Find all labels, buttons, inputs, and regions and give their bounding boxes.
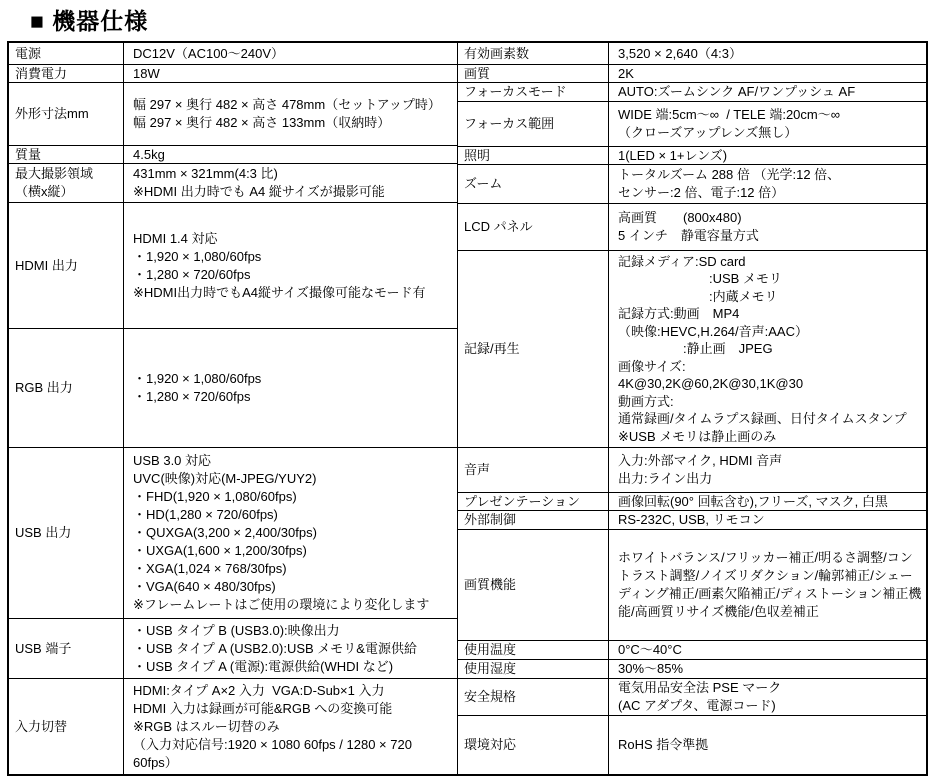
spec-label-hdmi-output: HDMI 出力	[9, 203, 123, 328]
spec-value-power-consumption: 18W	[124, 65, 457, 82]
spec-value-zoom: トータルズーム 288 倍 （光学:12 倍、 センサー:2 倍、電子:12 倍…	[609, 165, 926, 203]
spec-value-rgb-output: ・1,920 × 1,080/60fps ・1,280 × 720/60fps	[124, 329, 457, 447]
spec-label-max-shooting-area: 最大撮影領域 （横x縦）	[9, 164, 123, 202]
spec-value-power: DC12V（AC100～240V）	[124, 43, 457, 64]
spec-label-power: 電源	[9, 43, 123, 64]
spec-value-image-quality: 2K	[609, 65, 926, 82]
spec-value-record-playback: 記録メディア:SD card :USB メモリ :内蔵メモリ 記録方式:動画 M…	[609, 251, 926, 447]
spec-label-illumination: 照明	[458, 147, 608, 164]
spec-value-usb-output: USB 3.0 対応 UVC(映像)対応(M-JPEG/YUY2) ・FHD(1…	[124, 448, 457, 618]
spec-label-image-functions: 画質機能	[458, 530, 608, 640]
spec-label-record-playback: 記録/再生	[458, 251, 608, 447]
spec-table-right: 有効画素数 3,520 × 2,640（4:3） 画質 2K フォーカスモード …	[457, 41, 928, 776]
page-title: ■ 機器仕様	[30, 3, 148, 36]
spec-value-safety-standard: 電気用品安全法 PSE マーク (AC アダプタ、電源コード)	[609, 679, 926, 715]
spec-value-max-shooting-area: 431mm × 321mm(4:3 比) ※HDMI 出力時でも A4 縦サイズ…	[124, 164, 457, 202]
spec-label-lcd-panel: LCD パネル	[458, 204, 608, 250]
spec-label-focus-mode: フォーカスモード	[458, 83, 608, 101]
spec-value-effective-pixels: 3,520 × 2,640（4:3）	[609, 43, 926, 64]
spec-value-audio: 入力:外部マイク, HDMI 音声 出力:ライン出力	[609, 448, 926, 492]
spec-value-presentation: 画像回転(90° 回転含む),フリーズ, マスク, 白黒	[609, 493, 926, 510]
spec-label-zoom: ズーム	[458, 165, 608, 203]
spec-label-usb-ports: USB 端子	[9, 619, 123, 678]
spec-tables: 電源 DC12V（AC100～240V） 消費電力 18W 外形寸法mm 幅 2…	[7, 41, 928, 776]
spec-value-operating-temperature: 0°C～40°C	[609, 641, 926, 659]
spec-label-dimensions: 外形寸法mm	[9, 83, 123, 145]
spec-label-operating-humidity: 使用湿度	[458, 660, 608, 678]
spec-label-rgb-output: RGB 出力	[9, 329, 123, 447]
spec-value-usb-ports: ・USB タイプ B (USB3.0):映像出力 ・USB タイプ A (USB…	[124, 619, 457, 678]
spec-value-external-control: RS-232C, USB, リモコン	[609, 511, 926, 529]
spec-label-power-consumption: 消費電力	[9, 65, 123, 82]
spec-value-environment: RoHS 指令準拠	[609, 716, 926, 774]
spec-label-safety-standard: 安全規格	[458, 679, 608, 715]
spec-value-hdmi-output: HDMI 1.4 対応 ・1,920 × 1,080/60fps ・1,280 …	[124, 203, 457, 328]
spec-label-audio: 音声	[458, 448, 608, 492]
spec-label-effective-pixels: 有効画素数	[458, 43, 608, 64]
spec-value-focus-range: WIDE 端:5cm～∞ / TELE 端:20cm～∞ （クローズアップレンズ…	[609, 102, 926, 146]
spec-value-image-functions: ホワイトバランス/フリッカー補正/明るさ調整/コントラスト調整/ノイズリダクショ…	[609, 530, 926, 640]
spec-value-lcd-panel: 高画質 (800x480) 5 インチ 静電容量方式	[609, 204, 926, 250]
spec-value-illumination: 1(LED × 1+レンズ)	[609, 147, 926, 164]
spec-value-weight: 4.5kg	[124, 146, 457, 163]
spec-sheet-page: ■ 機器仕様 電源 DC12V（AC100～240V） 消費電力 18W 外形寸…	[0, 0, 932, 779]
spec-value-dimensions: 幅 297 × 奥行 482 × 高さ 478mm（セットアップ時） 幅 297…	[124, 83, 457, 145]
spec-value-focus-mode: AUTO:ズームシンク AF/ワンプッシュ AF	[609, 83, 926, 101]
spec-label-external-control: 外部制御	[458, 511, 608, 529]
spec-label-image-quality: 画質	[458, 65, 608, 82]
spec-label-operating-temperature: 使用温度	[458, 641, 608, 659]
spec-label-weight: 質量	[9, 146, 123, 163]
spec-value-operating-humidity: 30%～85%	[609, 660, 926, 678]
spec-label-input-switch: 入力切替	[9, 679, 123, 774]
spec-label-presentation: プレゼンテーション	[458, 493, 608, 510]
spec-value-input-switch: HDMI:タイプ A×2 入力 VGA:D-Sub×1 入力 HDMI 入力は録…	[124, 679, 457, 774]
spec-label-environment: 環境対応	[458, 716, 608, 774]
spec-label-usb-output: USB 出力	[9, 448, 123, 618]
spec-table-left: 電源 DC12V（AC100～240V） 消費電力 18W 外形寸法mm 幅 2…	[7, 41, 457, 776]
spec-label-focus-range: フォーカス範囲	[458, 102, 608, 146]
